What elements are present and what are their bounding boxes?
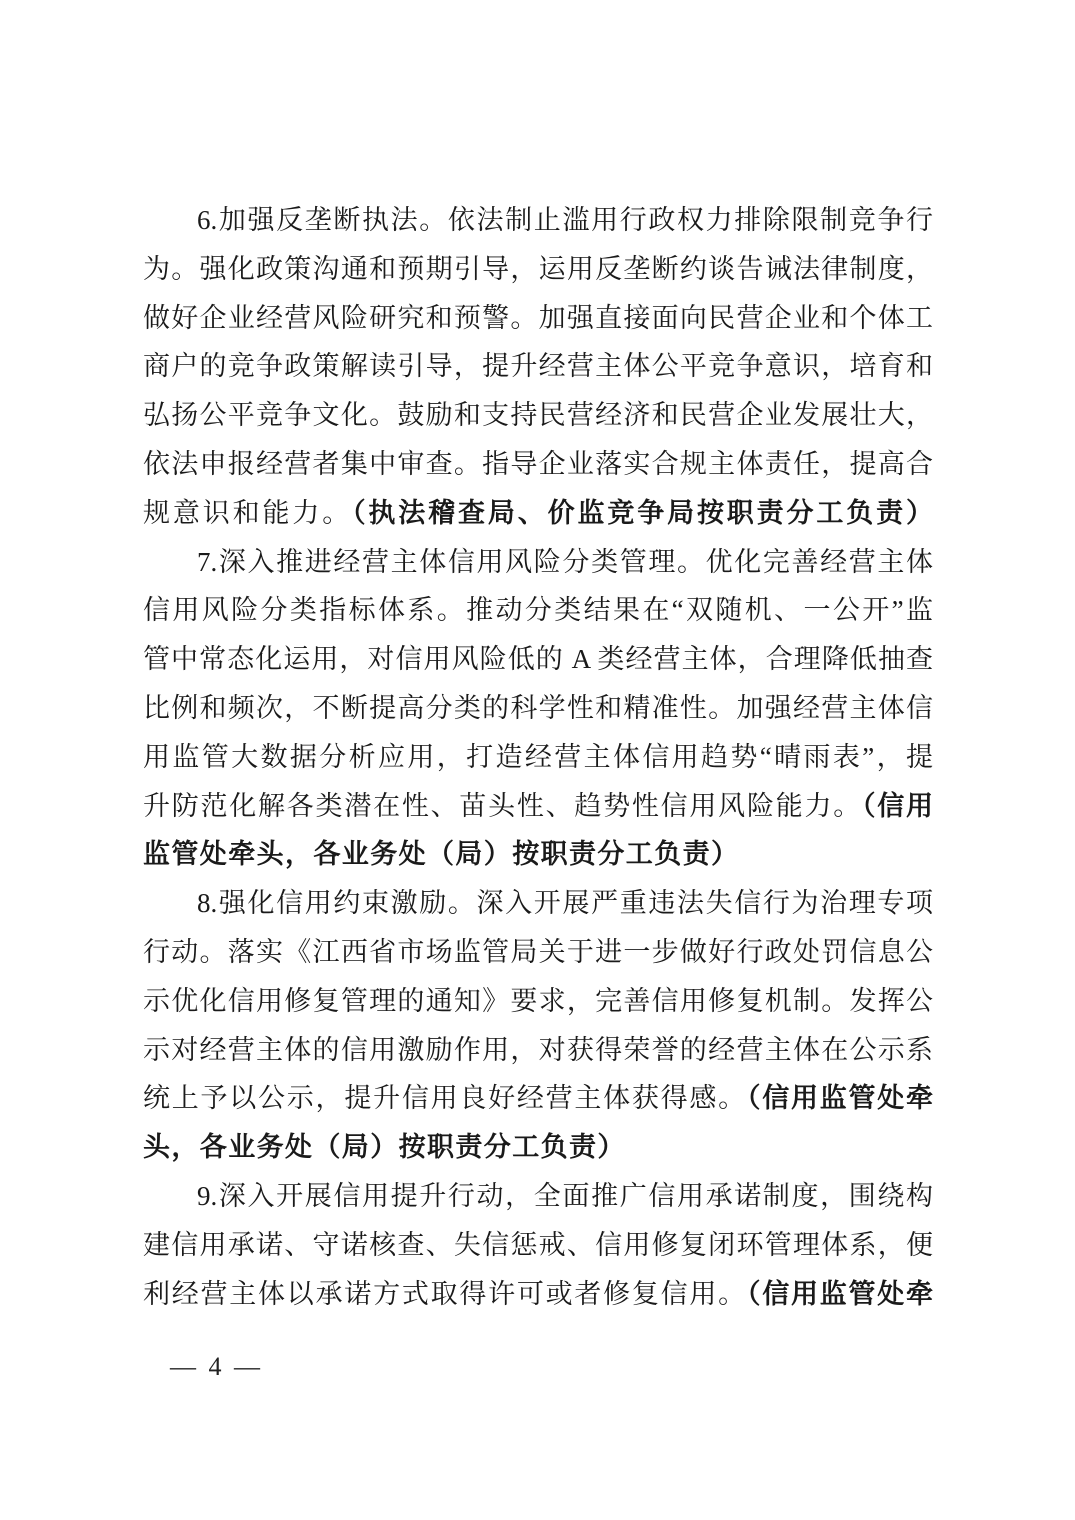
line-text-normal: 升防范化解各类潜在性、苗头性、趋势性信用风险能力。	[143, 791, 862, 821]
line-text-normal: 8.强化信用约束激励。深入开展严重违法失信行为治理专项	[197, 888, 933, 918]
text-line: 7.深入推进经营主体信用风险分类管理。优化完善经营主体	[143, 538, 933, 587]
line-text-normal: 7.深入推进经营主体信用风险分类管理。优化完善经营主体	[197, 547, 933, 577]
line-text-normal: 比例和频次，不断提高分类的科学性和精准性。加强经营主体信	[143, 693, 933, 723]
text-line: 比例和频次，不断提高分类的科学性和精准性。加强经营主体信	[143, 684, 933, 733]
line-text-normal: 商户的竞争政策解读引导，提升经营主体公平竞争意识，培育和	[143, 351, 933, 381]
text-line: 规意识和能力。（执法稽查局、价监竞争局按职责分工负责）	[143, 489, 933, 538]
line-text-normal: 利经营主体以承诺方式取得许可或者修复信用。	[143, 1279, 747, 1309]
text-line: 用监管大数据分析应用，打造经营主体信用趋势“晴雨表”，提	[143, 733, 933, 782]
line-text-normal: 建信用承诺、守诺核查、失信惩戒、信用修复闭环管理体系，便	[143, 1230, 933, 1260]
text-line: 商户的竞争政策解读引导，提升经营主体公平竞争意识，培育和	[143, 342, 933, 391]
document-body: 6.加强反垄断执法。依法制止滥用行政权力排除限制竞争行为。强化政策沟通和预期引导…	[143, 196, 933, 1318]
page-footer: — 4 —	[170, 1347, 263, 1387]
text-line: 行动。落实《江西省市场监管局关于进一步做好行政处罚信息公	[143, 928, 933, 977]
text-line: 利经营主体以承诺方式取得许可或者修复信用。（信用监管处牵	[143, 1270, 933, 1319]
text-line: 监管处牵头，各业务处（局）按职责分工负责）	[143, 830, 933, 879]
line-text-normal: 信用风险分类指标体系。推动分类结果在“双随机、一公开”监	[143, 595, 933, 625]
text-line: 6.加强反垄断执法。依法制止滥用行政权力排除限制竞争行	[143, 196, 933, 245]
line-text-normal: 行动。落实《江西省市场监管局关于进一步做好行政处罚信息公	[143, 937, 933, 967]
line-text-normal: 示对经营主体的信用激励作用，对获得荣誉的经营主体在公示系	[143, 1035, 933, 1065]
text-line: 示优化信用修复管理的通知》要求，完善信用修复机制。发挥公	[143, 977, 933, 1026]
line-text-normal: 用监管大数据分析应用，打造经营主体信用趋势“晴雨表”，提	[143, 742, 933, 772]
text-line: 示对经营主体的信用激励作用，对获得荣誉的经营主体在公示系	[143, 1026, 933, 1075]
text-line: 做好企业经营风险研究和预警。加强直接面向民营企业和个体工	[143, 294, 933, 343]
line-text-normal: 管中常态化运用，对信用风险低的 A 类经营主体，合理降低抽查	[143, 644, 933, 674]
line-text-normal: 6.加强反垄断执法。依法制止滥用行政权力排除限制竞争行	[197, 205, 933, 235]
text-line: 依法申报经营者集中审查。指导企业落实合规主体责任，提高合	[143, 440, 933, 489]
text-line: 统上予以公示，提升信用良好经营主体获得感。（信用监管处牵	[143, 1074, 933, 1123]
text-line: 建信用承诺、守诺核查、失信惩戒、信用修复闭环管理体系，便	[143, 1221, 933, 1270]
document-page: 6.加强反垄断执法。依法制止滥用行政权力排除限制竞争行为。强化政策沟通和预期引导…	[0, 0, 1075, 1520]
text-line: 升防范化解各类潜在性、苗头性、趋势性信用风险能力。（信用	[143, 782, 933, 831]
line-text-normal: 规意识和能力。	[143, 498, 352, 528]
line-text-bold: 监管处牵头，各业务处（局）按职责分工负责）	[143, 839, 739, 869]
text-line: 管中常态化运用，对信用风险低的 A 类经营主体，合理降低抽查	[143, 635, 933, 684]
line-text-bold: （信用监管处牵	[747, 1083, 933, 1113]
text-line: 9.深入开展信用提升行动，全面推广信用承诺制度，围绕构	[143, 1172, 933, 1221]
line-text-normal: 依法申报经营者集中审查。指导企业落实合规主体责任，提高合	[143, 449, 933, 479]
text-line: 为。强化政策沟通和预期引导，运用反垄断约谈告诫法律制度，	[143, 245, 933, 294]
line-text-bold: （执法稽查局、价监竞争局按职责分工负责）	[352, 498, 933, 528]
line-text-normal: 示优化信用修复管理的通知》要求，完善信用修复机制。发挥公	[143, 986, 933, 1016]
line-text-bold: （信用监管处牵	[747, 1279, 933, 1309]
text-line: 弘扬公平竞争文化。鼓励和支持民营经济和民营企业发展壮大，	[143, 391, 933, 440]
text-line: 8.强化信用约束激励。深入开展严重违法失信行为治理专项	[143, 879, 933, 928]
line-text-normal: 为。强化政策沟通和预期引导，运用反垄断约谈告诫法律制度，	[143, 254, 933, 284]
text-line: 信用风险分类指标体系。推动分类结果在“双随机、一公开”监	[143, 586, 933, 635]
line-text-normal: 弘扬公平竞争文化。鼓励和支持民营经济和民营企业发展壮大，	[143, 400, 933, 430]
line-text-bold: 头，各业务处（局）按职责分工负责）	[143, 1132, 626, 1162]
text-line: 头，各业务处（局）按职责分工负责）	[143, 1123, 933, 1172]
line-text-normal: 9.深入开展信用提升行动，全面推广信用承诺制度，围绕构	[197, 1181, 933, 1211]
line-text-normal: 统上予以公示，提升信用良好经营主体获得感。	[143, 1083, 747, 1113]
line-text-normal: 做好企业经营风险研究和预警。加强直接面向民营企业和个体工	[143, 303, 933, 333]
page-number: — 4 —	[170, 1352, 263, 1381]
line-text-bold: （信用	[862, 791, 933, 821]
